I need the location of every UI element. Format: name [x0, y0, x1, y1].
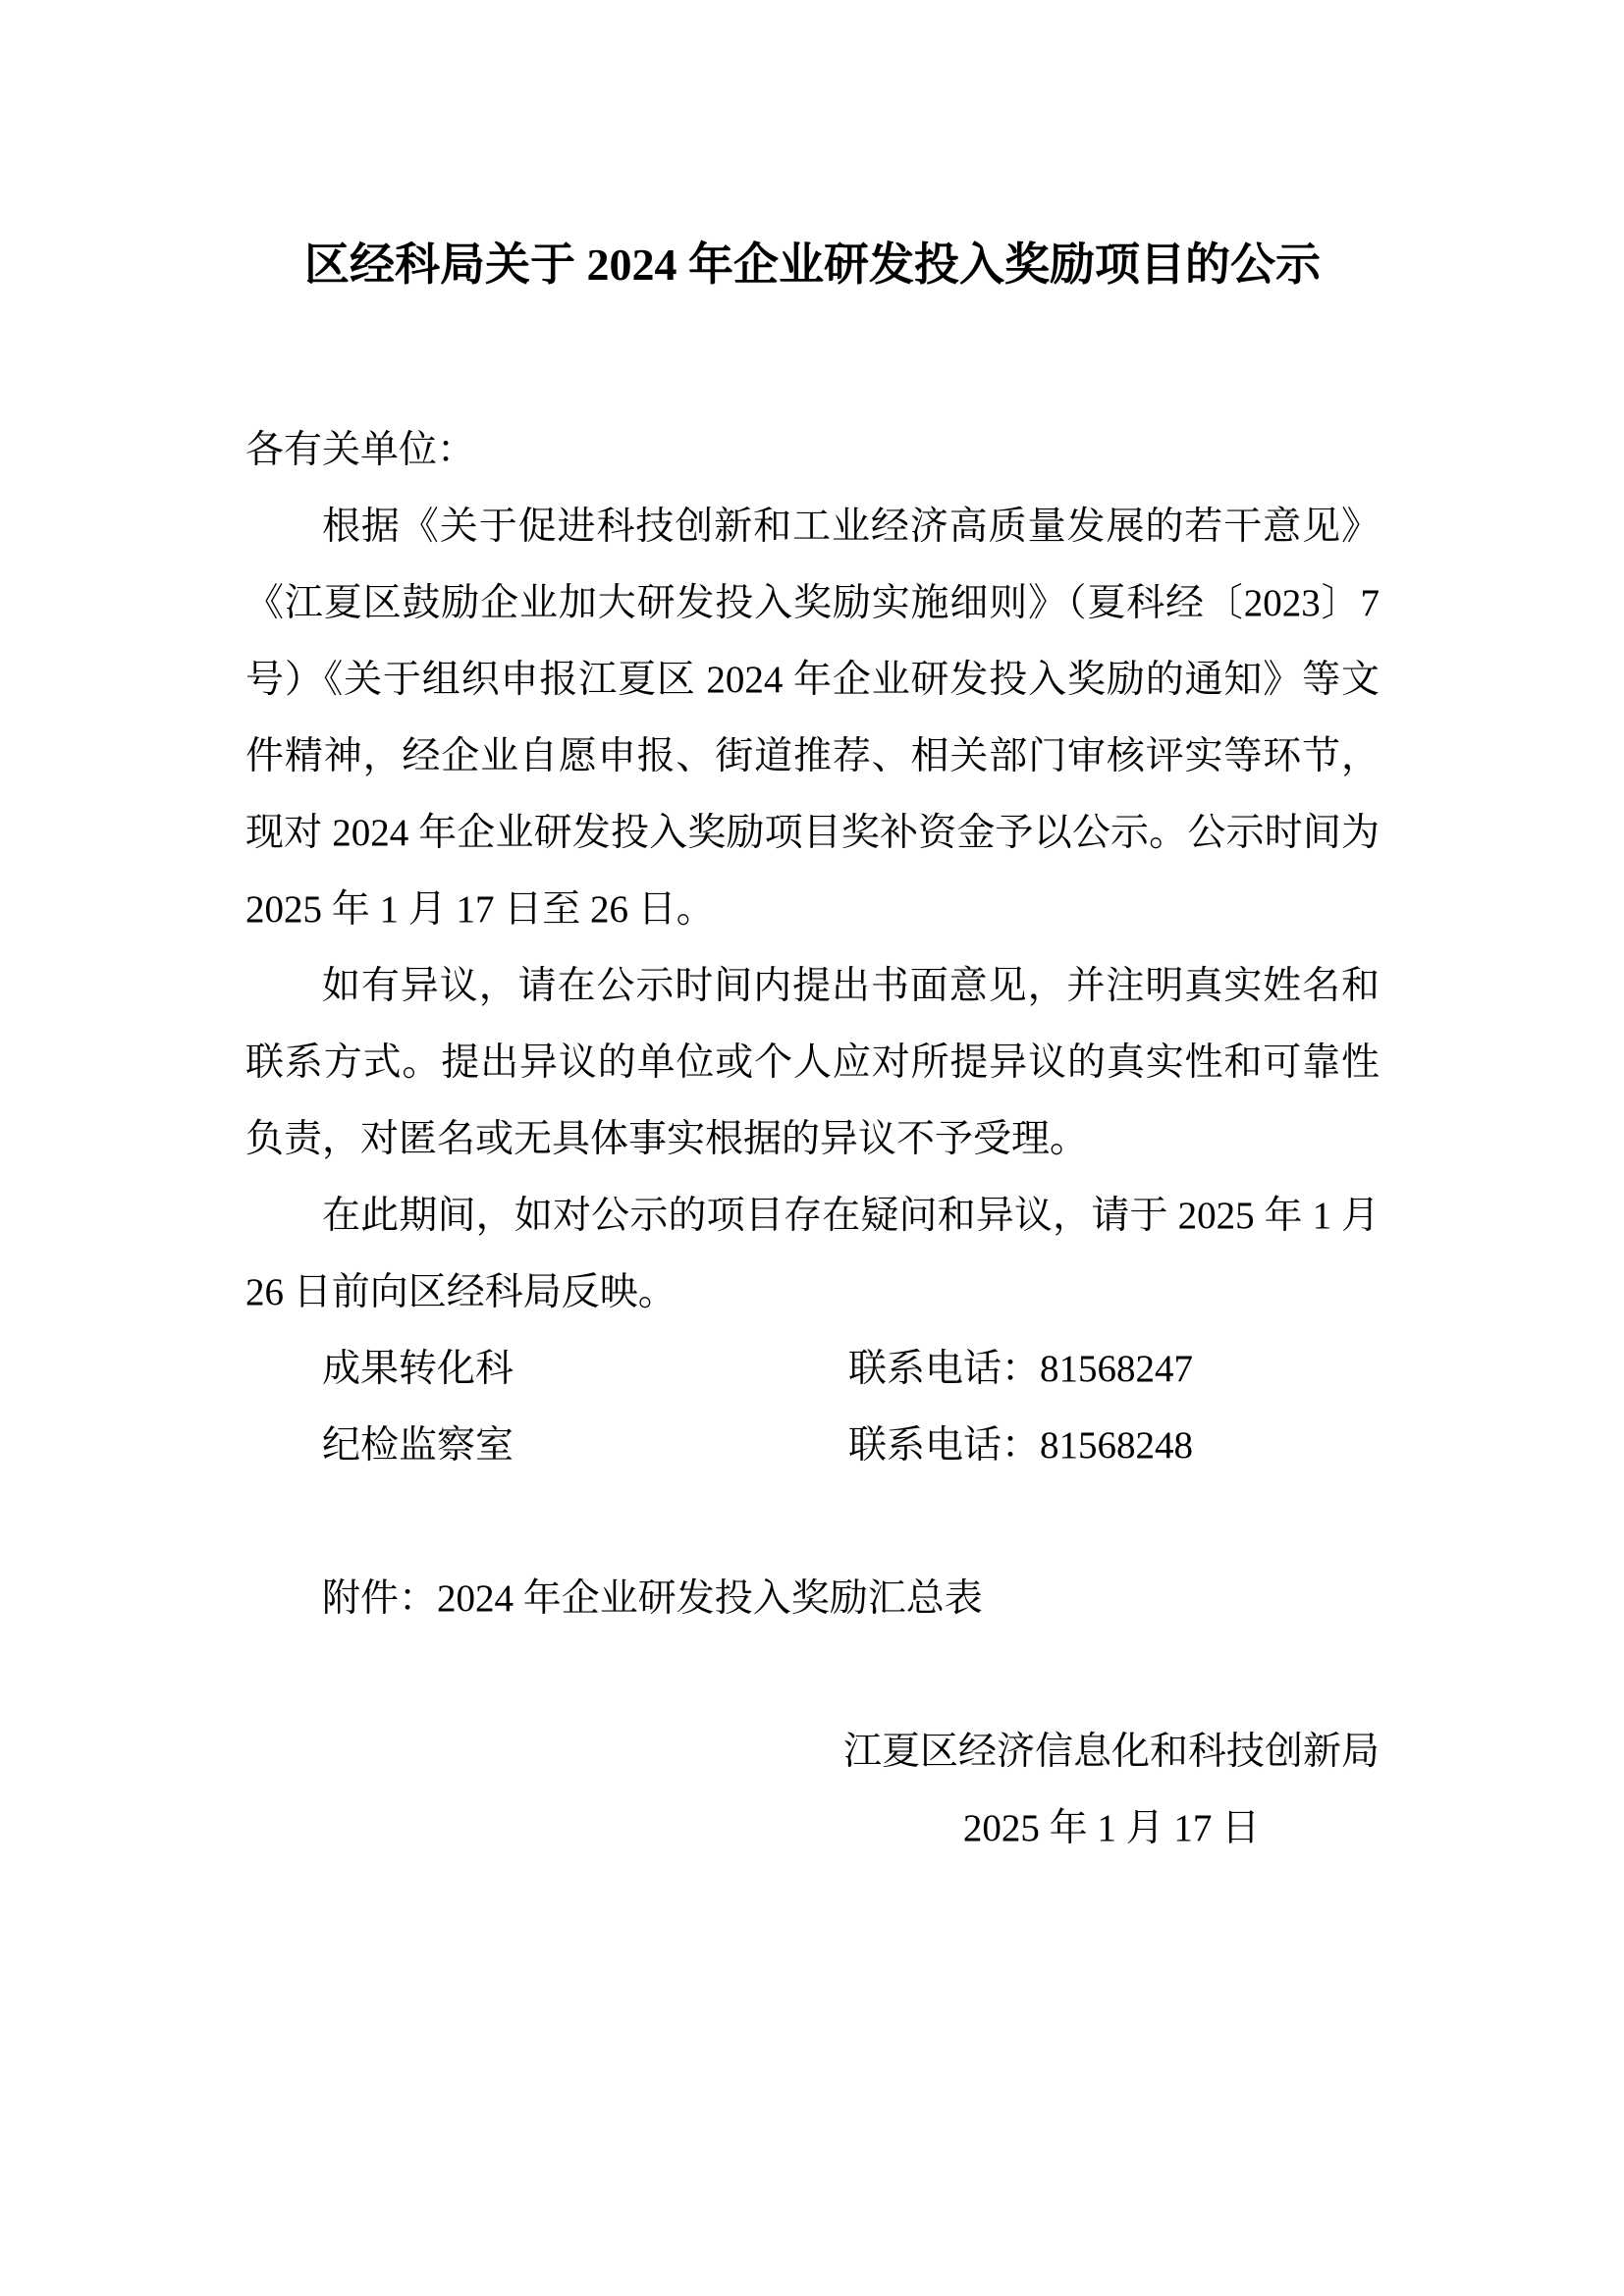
- paragraph-feedback-period: 在此期间，如对公示的项目存在疑问和异议，请于 2025 年 1 月 26 日前向…: [245, 1178, 1380, 1331]
- attachment-reference: 附件：2024 年企业研发投入奖励汇总表: [245, 1561, 1380, 1637]
- document-body: 各有关单位： 根据《关于促进科技创新和工业经济高质量发展的若干意见》《江夏区鼓励…: [245, 412, 1380, 1867]
- contact-phone-discipline-inspection: 联系电话：81568248: [848, 1408, 1193, 1484]
- document-page: 区经科局关于 2024 年企业研发投入奖励项目的公示 各有关单位： 根据《关于促…: [0, 0, 1624, 2296]
- signature-inner: 江夏区经济信息化和科技创新局 2025 年 1 月 17 日: [843, 1714, 1380, 1867]
- signature-agency: 江夏区经济信息化和科技创新局: [843, 1714, 1380, 1790]
- contact-phone-achievement-transformation: 联系电话：81568247: [848, 1331, 1193, 1408]
- contact-dept-discipline-inspection: 纪检监察室: [322, 1424, 514, 1467]
- contact-row: 纪检监察室 联系电话：81568248: [245, 1408, 1380, 1484]
- salutation: 各有关单位：: [245, 412, 1380, 489]
- signature-date: 2025 年 1 月 17 日: [843, 1790, 1380, 1867]
- paragraph-basis: 根据《关于促进科技创新和工业经济高质量发展的若干意见》《江夏区鼓励企业加大研发投…: [245, 489, 1380, 948]
- contact-row: 成果转化科 联系电话：81568247: [245, 1331, 1380, 1408]
- paragraph-objection-rules: 如有异议，请在公示时间内提出书面意见，并注明真实姓名和联系方式。提出异议的单位或…: [245, 948, 1380, 1178]
- document-title: 区经科局关于 2024 年企业研发投入奖励项目的公示: [245, 226, 1380, 304]
- signature-block: 江夏区经济信息化和科技创新局 2025 年 1 月 17 日: [245, 1714, 1380, 1867]
- contact-dept-achievement-transformation: 成果转化科: [322, 1348, 514, 1390]
